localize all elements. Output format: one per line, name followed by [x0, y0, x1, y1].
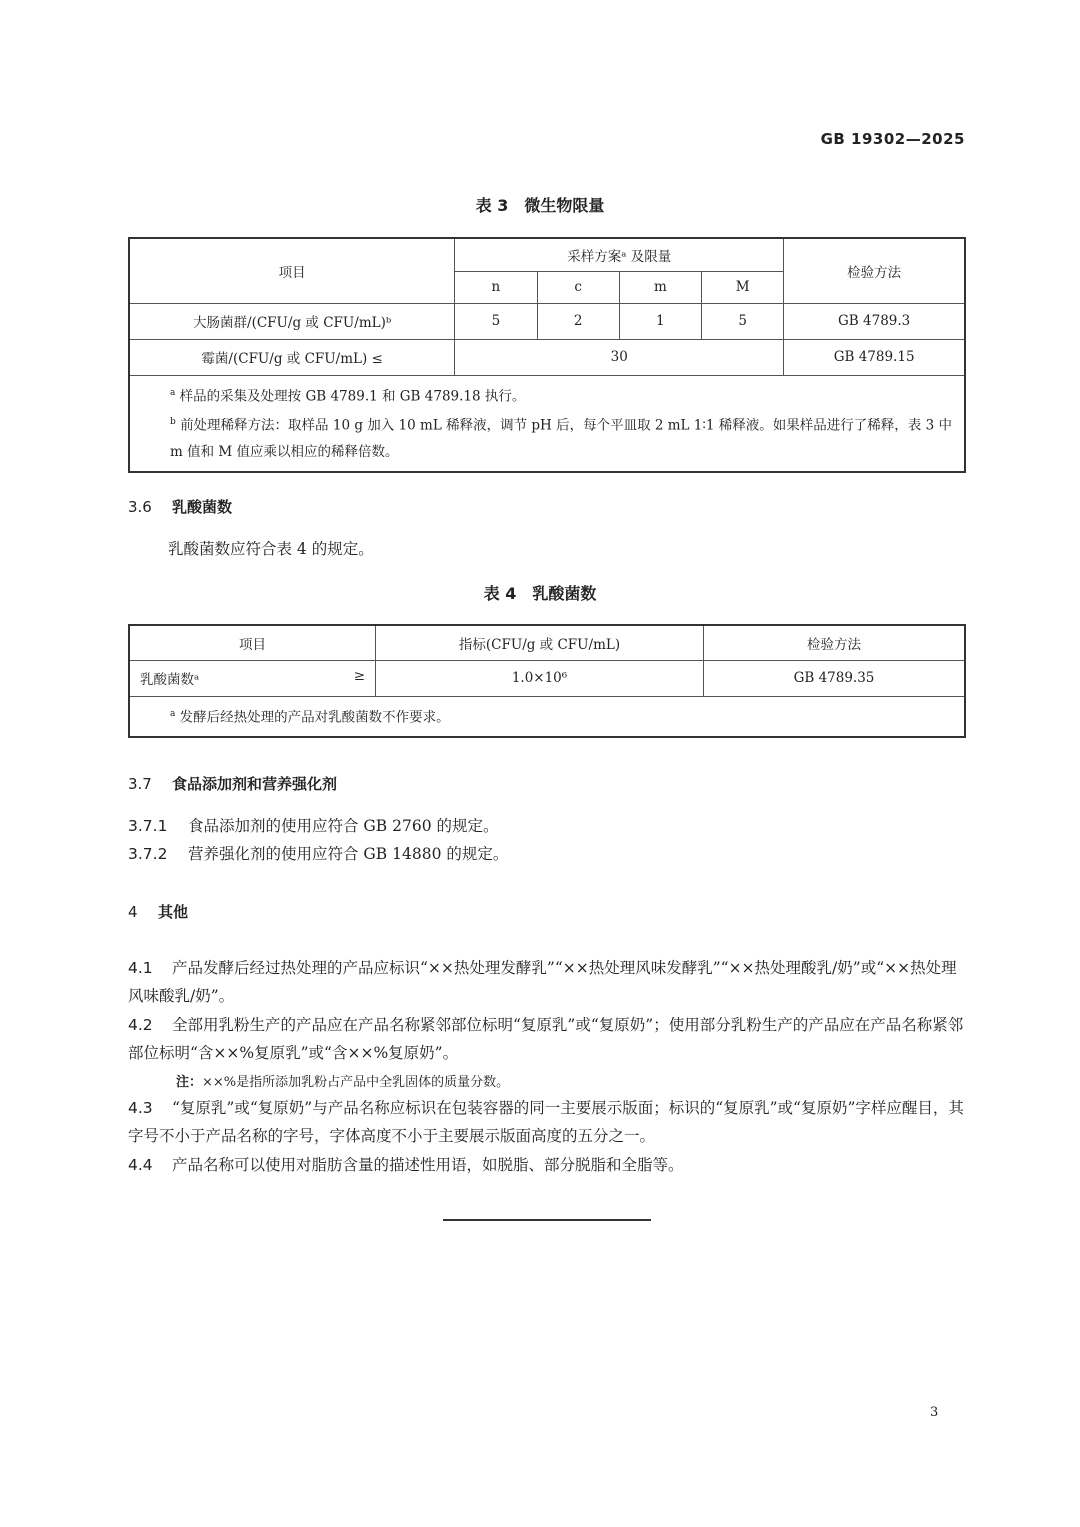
table4-cell-item: 乳酸菌数ᵃ ≥ — [129, 660, 376, 696]
item-text: 产品名称可以使用对脂肪含量的描述性用语，如脱脂、部分脱脂和全脂等。 — [172, 1156, 684, 1174]
table-row: 霉菌/(CFU/g 或 CFU/mL) ≤ 30 GB 4789.15 — [129, 339, 965, 375]
table3-cell-method: GB 4789.3 — [784, 303, 965, 339]
footnote-text: 前处理稀释方法：取样品 10 g 加入 10 mL 稀释液，调节 pH 后，每个… — [170, 418, 952, 460]
table4-header-method: 检验方法 — [704, 625, 966, 660]
item-3-7-2: 3.7.2营养强化剂的使用应符合 GB 14880 的规定。 — [128, 840, 508, 868]
item-text: 产品发酵后经过热处理的产品应标识“××热处理发酵乳”“××热处理风味发酵乳”“×… — [128, 959, 957, 1005]
item-number: 3.7.2 — [128, 840, 188, 868]
note-label: 注： — [176, 1075, 202, 1090]
item-number: 4.1 — [128, 954, 172, 982]
table3-header-n: n — [455, 271, 537, 303]
table3-header-c: c — [537, 271, 619, 303]
table3-cell-item: 霉菌/(CFU/g 或 CFU/mL) ≤ — [129, 339, 455, 375]
item-text: 食品添加剂的使用应符合 GB 2760 的规定。 — [188, 817, 499, 835]
item-number: 3.7.1 — [128, 812, 188, 840]
table3-caption: 表 3 微生物限量 — [0, 193, 1080, 216]
table4-cell-value: 1.0×10⁶ — [376, 660, 704, 696]
item-number: 4.2 — [128, 1011, 172, 1039]
footnote-mark: b — [170, 417, 176, 427]
table3-header-sampling: 采样方案ᵃ 及限量 — [455, 238, 784, 271]
table4-notes: a 发酵后经热处理的产品对乳酸菌数不作要求。 — [129, 696, 965, 737]
table3-cell-item: 大肠菌群/(CFU/g 或 CFU/mL)ᵇ — [129, 303, 455, 339]
table3-header-M: M — [701, 271, 783, 303]
footnote-text: 发酵后经热处理的产品对乳酸菌数不作要求。 — [180, 709, 450, 725]
section-title: 食品添加剂和营养强化剂 — [172, 775, 337, 793]
section-3-6-body: 乳酸菌数应符合表 4 的规定。 — [168, 535, 374, 563]
table4-lactic-acid-bacteria: 项目 指标(CFU/g 或 CFU/mL) 检验方法 乳酸菌数ᵃ ≥ 1.0×1… — [128, 624, 966, 738]
section-4-heading: 4其他 — [128, 901, 188, 922]
item-4-3: 4.3“复原乳”或“复原奶”与产品名称应标识在包装容器的同一主要展示版面；标识的… — [128, 1094, 968, 1150]
item-text: “复原乳”或“复原奶”与产品名称应标识在包装容器的同一主要展示版面；标识的“复原… — [128, 1099, 964, 1145]
table3-microbial-limits: 项目 采样方案ᵃ 及限量 检验方法 n c m M 大肠菌群/(CFU/g 或 … — [128, 237, 966, 473]
page-number: 3 — [930, 1405, 938, 1420]
item-4-1: 4.1产品发酵后经过热处理的产品应标识“××热处理发酵乳”“××热处理风味发酵乳… — [128, 954, 968, 1010]
section-number: 3.7 — [128, 775, 172, 793]
standard-code: GB 19302—2025 — [821, 130, 965, 148]
item-label: 乳酸菌数ᵃ — [140, 672, 199, 688]
table3-note-a: a 样品的采集及处理按 GB 4789.1 和 GB 4789.18 执行。 — [170, 380, 952, 410]
footnote-mark: a — [170, 388, 175, 398]
item-text: 营养强化剂的使用应符合 GB 14880 的规定。 — [188, 845, 508, 863]
table-row: 乳酸菌数ᵃ ≥ 1.0×10⁶ GB 4789.35 — [129, 660, 965, 696]
item-text: 全部用乳粉生产的产品应在产品名称紧邻部位标明“复原乳”或“复原奶”；使用部分乳粉… — [128, 1016, 963, 1062]
table-row: 大肠菌群/(CFU/g 或 CFU/mL)ᵇ 5 2 1 5 GB 4789.3 — [129, 303, 965, 339]
item-3-7-1: 3.7.1食品添加剂的使用应符合 GB 2760 的规定。 — [128, 812, 499, 840]
table3-header-m: m — [619, 271, 701, 303]
section-number: 4 — [128, 903, 158, 921]
item-4-2-note: 注：××%是指所添加乳粉占产品中全乳固体的质量分数。 — [176, 1071, 509, 1090]
end-rule-divider — [443, 1219, 651, 1221]
item-4-4: 4.4产品名称可以使用对脂肪含量的描述性用语，如脱脂、部分脱脂和全脂等。 — [128, 1151, 968, 1179]
table4-cell-method: GB 4789.35 — [704, 660, 966, 696]
footnote-mark: a — [170, 709, 175, 719]
section-3-7-heading: 3.7食品添加剂和营养强化剂 — [128, 773, 337, 794]
item-4-2: 4.2全部用乳粉生产的产品应在产品名称紧邻部位标明“复原乳”或“复原奶”；使用部… — [128, 1011, 968, 1067]
table3-header-item: 项目 — [129, 238, 455, 303]
table3-cell-c: 2 — [537, 303, 619, 339]
table4-caption: 表 4 乳酸菌数 — [0, 581, 1080, 604]
note-text: ××%是指所添加乳粉占产品中全乳固体的质量分数。 — [202, 1075, 509, 1090]
section-3-6-heading: 3.6乳酸菌数 — [128, 496, 232, 517]
table4-header-item: 项目 — [129, 625, 376, 660]
table4-header-indicator: 指标(CFU/g 或 CFU/mL) — [376, 625, 704, 660]
comparison-operator: ≥ — [354, 668, 365, 684]
section-title: 其他 — [158, 903, 188, 921]
table3-header-method: 检验方法 — [784, 238, 965, 303]
table3-cell-m: 1 — [619, 303, 701, 339]
table3-note-b: b 前处理稀释方法：取样品 10 g 加入 10 mL 稀释液，调节 pH 后，… — [170, 409, 952, 465]
item-number: 4.4 — [128, 1151, 172, 1179]
table3-notes: a 样品的采集及处理按 GB 4789.1 和 GB 4789.18 执行。 b… — [129, 375, 965, 472]
item-number: 4.3 — [128, 1094, 172, 1122]
table3-cell-M: 5 — [701, 303, 783, 339]
table3-cell-n: 5 — [455, 303, 537, 339]
table3-cell-limit: 30 — [455, 339, 784, 375]
footnote-text: 样品的采集及处理按 GB 4789.1 和 GB 4789.18 执行。 — [180, 388, 526, 404]
section-title: 乳酸菌数 — [172, 498, 232, 516]
table3-cell-method: GB 4789.15 — [784, 339, 965, 375]
section-number: 3.6 — [128, 498, 172, 516]
